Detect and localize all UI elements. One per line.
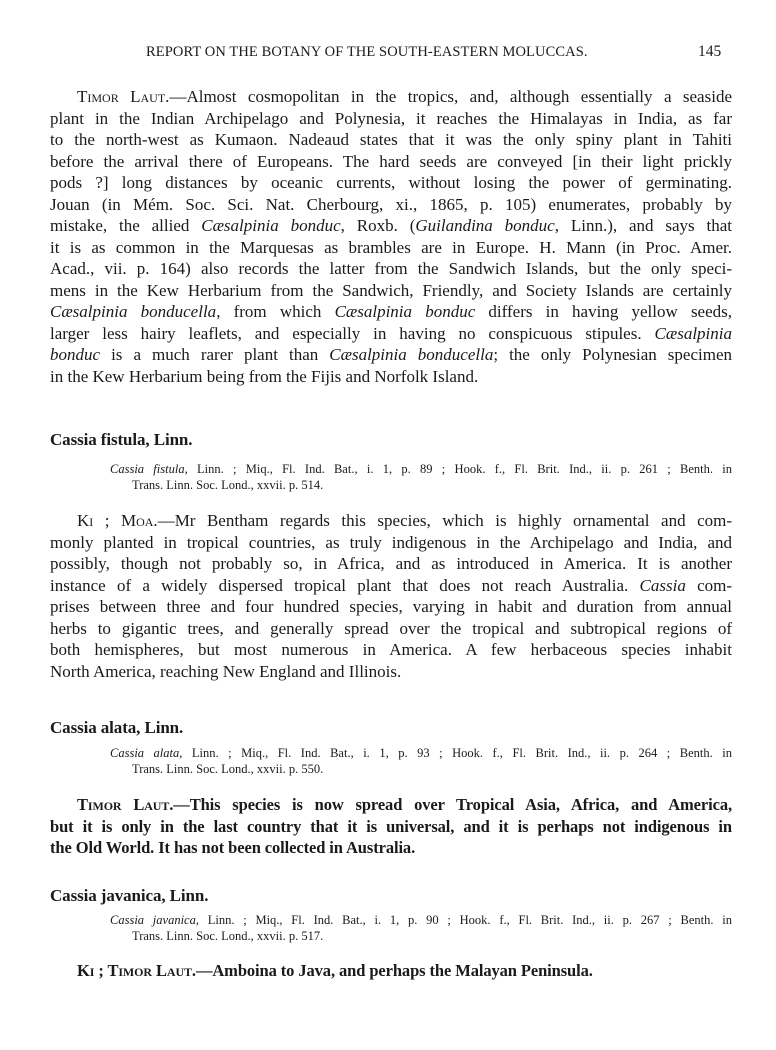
document-page: REPORT ON THE BOTANY OF THE SOUTH-EASTER… [0, 0, 776, 1050]
paragraph-cassia-alata: Timor Laut.—This species is now spread o… [50, 794, 732, 859]
species-heading-cassia-alata: Cassia alata, Linn. [50, 718, 183, 738]
text-line: the Old World. It has not been collected… [50, 837, 732, 859]
text-line: Cassia alata, Linn. ; Miq., Fl. Ind. Bat… [110, 745, 732, 761]
text-line: pods ?] long distances by oceanic curren… [50, 172, 732, 194]
text-line: to the north-west as Kumaon. Nadeaud sta… [50, 129, 732, 151]
text-line: Trans. Linn. Soc. Lond., xxvii. p. 517. [110, 928, 732, 944]
text-line: Ki ; Moa.—Mr Bentham regards this specie… [50, 510, 732, 532]
text-line: larger less hairy leaflets, and especial… [50, 323, 732, 345]
reference-cassia-fistula: Cassia fistula, Linn. ; Miq., Fl. Ind. B… [110, 461, 732, 493]
text-line: before the arrival there of Europeans. T… [50, 151, 732, 173]
text-line: mens in the Kew Herbarium from the Sandw… [50, 280, 732, 302]
text-line: Timor Laut.—Almost cosmopolitan in the t… [50, 86, 732, 108]
text-line: Cæsalpinia bonducella, from which Cæsalp… [50, 301, 732, 323]
text-line: monly planted in tropical countries, as … [50, 532, 732, 554]
text-line: mistake, the allied Cæsalpinia bonduc, R… [50, 215, 732, 237]
text-line: Jouan (in Mém. Soc. Sci. Nat. Cherbourg,… [50, 194, 732, 216]
text-line: North America, reaching New England and … [50, 661, 732, 683]
paragraph-cassia-fistula: Ki ; Moa.—Mr Bentham regards this specie… [50, 510, 732, 682]
species-heading-cassia-fistula: Cassia fistula, Linn. [50, 430, 192, 450]
text-line: Acad., vii. p. 164) also records the lat… [50, 258, 732, 280]
text-line: Trans. Linn. Soc. Lond., xxvii. p. 550. [110, 761, 732, 777]
species-heading-cassia-javanica: Cassia javanica, Linn. [50, 886, 208, 906]
text-line: bonduc is a much rarer plant than Cæsalp… [50, 344, 732, 366]
text-line: but it is only in the last country that … [50, 816, 732, 838]
text-line: possibly, though not probably so, in Afr… [50, 553, 732, 575]
text-line: Trans. Linn. Soc. Lond., xxvii. p. 514. [110, 477, 732, 493]
text-line: Timor Laut.—This species is now spread o… [50, 794, 732, 816]
reference-cassia-alata: Cassia alata, Linn. ; Miq., Fl. Ind. Bat… [110, 745, 732, 777]
text-line: in the Kew Herbarium being from the Fiji… [50, 366, 732, 388]
text-line: it is as common in the Marquesas as bram… [50, 237, 732, 259]
text-line: Ki ; Timor Laut.—Amboina to Java, and pe… [50, 960, 732, 982]
text-line: plant in the Indian Archipelago and Poly… [50, 108, 732, 130]
text-line: herbs to gigantic trees, and generally s… [50, 618, 732, 640]
text-line: both hemispheres, but most numerous in A… [50, 639, 732, 661]
page-number: 145 [698, 43, 721, 61]
paragraph-timor-laut-caesalpinia: Timor Laut.—Almost cosmopolitan in the t… [50, 86, 732, 387]
text-line: Cassia fistula, Linn. ; Miq., Fl. Ind. B… [110, 461, 732, 477]
reference-cassia-javanica: Cassia javanica, Linn. ; Miq., Fl. Ind. … [110, 912, 732, 944]
text-line: Cassia javanica, Linn. ; Miq., Fl. Ind. … [110, 912, 732, 928]
paragraph-cassia-javanica: Ki ; Timor Laut.—Amboina to Java, and pe… [50, 960, 732, 982]
running-header: REPORT ON THE BOTANY OF THE SOUTH-EASTER… [0, 44, 776, 64]
running-title: REPORT ON THE BOTANY OF THE SOUTH-EASTER… [146, 44, 588, 61]
text-line: prises between three and four hundred sp… [50, 596, 732, 618]
text-line: instance of a widely dispersed tropical … [50, 575, 732, 597]
